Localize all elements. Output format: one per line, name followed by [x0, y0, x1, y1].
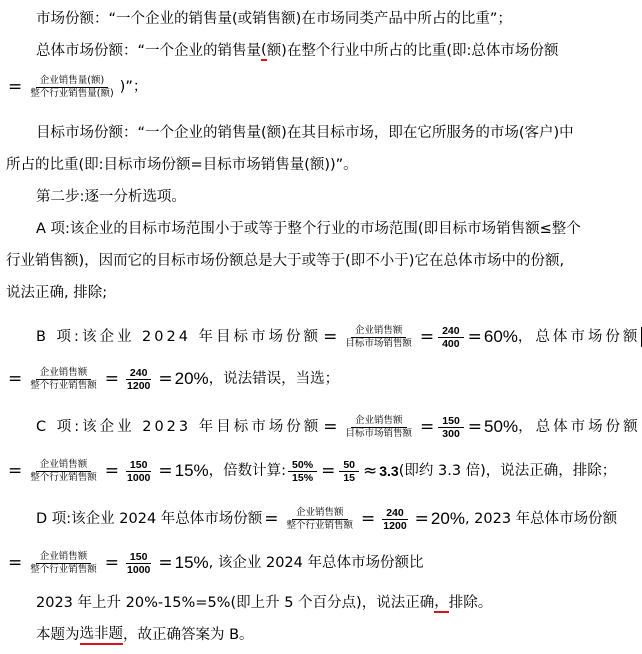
option-c-line-2: = 企业销售额 整个行业销售额 = 150 1000 = 15% ，倍数计算: …: [6, 456, 616, 486]
equals: =: [323, 322, 337, 352]
denominator: 15: [339, 472, 359, 484]
text: )”；: [120, 72, 148, 102]
text: D 项:该企业 2024 年总体市场份额: [36, 504, 262, 534]
text: 排除。: [449, 588, 493, 618]
denominator: 1200: [379, 520, 410, 532]
fraction: 企业销售额 目标市场销售额: [341, 325, 416, 350]
denominator: 1200: [123, 380, 154, 392]
option-d-line-1: D 项:该企业 2024 年总体市场份额 = 企业销售额 整个行业销售额 = 2…: [36, 504, 617, 534]
numerator: 企业销售额: [36, 367, 92, 380]
text: ，倍数计算:: [209, 456, 286, 486]
fraction: 企业销售额 整个行业销售额: [26, 551, 101, 576]
text: C 项:该企业 2023 年目标市场份额: [36, 412, 321, 442]
text: 总体市场份额：“一个企业的销售量: [36, 36, 261, 66]
fraction: 企业销售额 整个行业销售额: [283, 507, 358, 532]
numerator: 企业销售额: [351, 415, 407, 428]
text: 行业销售额)，因而它的目标市场份额总是大于或等于(即不小于)它在总体市场中的份额…: [6, 246, 564, 276]
denominator: 15%: [288, 472, 317, 484]
denominator: 整个行业销售额: [26, 380, 101, 392]
numerator: 企业销售额: [351, 325, 407, 338]
equals: =: [8, 364, 22, 394]
text: 第二步:逐一分析选项。: [36, 182, 186, 212]
option-d-line-2: = 企业销售额 整个行业销售额 = 150 1000 = 15% , 该企业 2…: [6, 548, 424, 578]
numerator: 企业销售量(额): [36, 75, 108, 88]
numerator: 50: [339, 459, 359, 472]
numerator: 企业销售额: [36, 459, 92, 472]
text: 目标市场份额：“一个企业的销售量(额)在其目标市场，即在它所服务的市场(客户)中: [36, 118, 574, 148]
underlined-comma: ，: [434, 593, 449, 613]
text: 本题为: [36, 620, 80, 650]
paragraph-target-market-share-1: 目标市场份额：“一个企业的销售量(额)在其目标市场，即在它所服务的市场(客户)中: [36, 118, 574, 148]
equals: =: [361, 504, 375, 534]
equals: =: [158, 548, 172, 578]
equals: =: [321, 456, 335, 486]
option-a-line-3: 说法正确, 排除;: [6, 278, 107, 308]
fraction: 企业销售额 目标市场销售额: [342, 415, 417, 440]
numerator: 150: [126, 551, 152, 564]
denominator: 目标市场销售额: [341, 338, 416, 350]
text: ，故正确答案为 B。: [123, 620, 254, 650]
text: B 项:该企业 2024 年目标市场份额: [36, 322, 321, 352]
option-a-line-1: A 项:该企业的目标市场范围小于或等于整个行业的市场范围(即目标市场销售额≤整个: [36, 214, 581, 244]
numerator: 150: [438, 415, 464, 428]
text: 所占的比重(即:目标市场份额=目标市场销售量(额))”。: [6, 150, 358, 180]
text: A 项:该企业的目标市场范围小于或等于整个行业的市场范围(即目标市场销售额≤整个: [36, 214, 581, 244]
fraction: 240 1200: [123, 367, 154, 392]
fraction: 150 300: [438, 415, 464, 440]
text: ，总体市场份额: [518, 412, 641, 442]
result: 15%: [175, 456, 209, 486]
numerator: 企业销售额: [292, 507, 348, 520]
total-market-share-formula: = 企业销售量(额) 整个行业销售量(额) )”；: [6, 72, 147, 102]
text: , 2023 年总体市场份额: [465, 504, 617, 534]
denominator: 整个行业销售额: [26, 564, 101, 576]
option-b-line-1: B 项:该企业 2024 年目标市场份额 = 企业销售额 目标市场销售额 = 2…: [36, 322, 642, 352]
equals: =: [158, 364, 172, 394]
numerator: 150: [126, 459, 152, 472]
numerator: 企业销售额: [36, 551, 92, 564]
denominator: 400: [438, 338, 464, 350]
text: 说法正确, 排除;: [6, 278, 107, 308]
equals: =: [323, 412, 337, 442]
result: 50%: [484, 412, 518, 442]
numerator: 240: [126, 367, 152, 380]
equals: =: [8, 72, 22, 102]
result: 60%: [484, 322, 518, 352]
denominator: 整个行业销售额: [26, 472, 101, 484]
result: 20%: [431, 504, 465, 534]
result: 15%: [175, 548, 209, 578]
fraction: 240 1200: [379, 507, 410, 532]
fraction: 50 15: [339, 459, 359, 484]
option-b-line-2: = 企业销售额 整个行业销售额 = 240 1200 = 20% ，说法错误，当…: [6, 364, 339, 394]
equals: =: [415, 504, 429, 534]
equals: =: [105, 548, 119, 578]
conclusion: 本题为选非题，故正确答案为 B。: [36, 620, 254, 650]
denominator: 整个行业销售量(额): [26, 88, 117, 100]
denominator: 整个行业销售额: [283, 520, 358, 532]
approx-sign: ≈: [363, 456, 377, 486]
equals: =: [264, 504, 278, 534]
equals: =: [8, 456, 22, 486]
equals: =: [105, 456, 119, 486]
denominator: 目标市场销售额: [342, 428, 417, 440]
result: 20%: [175, 364, 209, 394]
text: , 该企业 2024 年总体市场份额比: [209, 548, 424, 578]
equals: =: [468, 322, 482, 352]
numerator: 50%: [288, 459, 317, 472]
text: ，总体市场份额: [518, 322, 641, 352]
equals: =: [105, 364, 119, 394]
numerator: 240: [382, 507, 408, 520]
denominator: 1000: [123, 472, 154, 484]
text: 2023 年上升 20%-15%=5%(即上升 5 个百分点)，说法正确: [36, 588, 434, 618]
fraction: 企业销售量(额) 整个行业销售量(额): [26, 75, 117, 100]
paragraph-total-market-share: 总体市场份额：“一个企业的销售量(额)在整个行业中所占的比重(即:总体市场份额: [36, 36, 558, 66]
step-two-heading: 第二步:逐一分析选项。: [36, 182, 186, 212]
fraction: 150 1000: [123, 551, 154, 576]
text: (即约 3.3 倍)，说法正确，排除；: [399, 456, 617, 486]
paragraph-market-share: 市场份额：“一个企业的销售量(或销售额)在市场同类产品中所占的比重”；: [36, 4, 512, 34]
fraction: 50% 15%: [288, 459, 317, 484]
result: 3.3: [379, 456, 398, 486]
fraction: 240 400: [438, 325, 464, 350]
numerator: 240: [438, 325, 464, 338]
equals: =: [468, 412, 482, 442]
fraction: 企业销售额 整个行业销售额: [26, 367, 101, 392]
paragraph-target-market-share-2: 所占的比重(即:目标市场份额=目标市场销售量(额))”。: [6, 150, 358, 180]
fraction: 企业销售额 整个行业销售额: [26, 459, 101, 484]
underlined-keyword: 选非题: [80, 625, 124, 645]
fraction: 150 1000: [123, 459, 154, 484]
text: ，说法错误，当选；: [209, 364, 340, 394]
option-c-line-1: C 项:该企业 2023 年目标市场份额 = 企业销售额 目标市场销售额 = 1…: [36, 412, 641, 442]
text: 额)在整个行业中所占的比重(即:总体市场份额: [267, 36, 559, 66]
equals: =: [158, 456, 172, 486]
equals: =: [420, 322, 434, 352]
option-d-line-3: 2023 年上升 20%-15%=5%(即上升 5 个百分点)，说法正确，排除。: [36, 588, 492, 618]
equals: =: [8, 548, 22, 578]
equals: =: [420, 412, 434, 442]
denominator: 1000: [123, 564, 154, 576]
denominator: 300: [438, 428, 464, 440]
text: 市场份额：“一个企业的销售量(或销售额)在市场同类产品中所占的比重”；: [36, 4, 512, 34]
option-a-line-2: 行业销售额)，因而它的目标市场份额总是大于或等于(即不小于)它在总体市场中的份额…: [6, 246, 564, 276]
